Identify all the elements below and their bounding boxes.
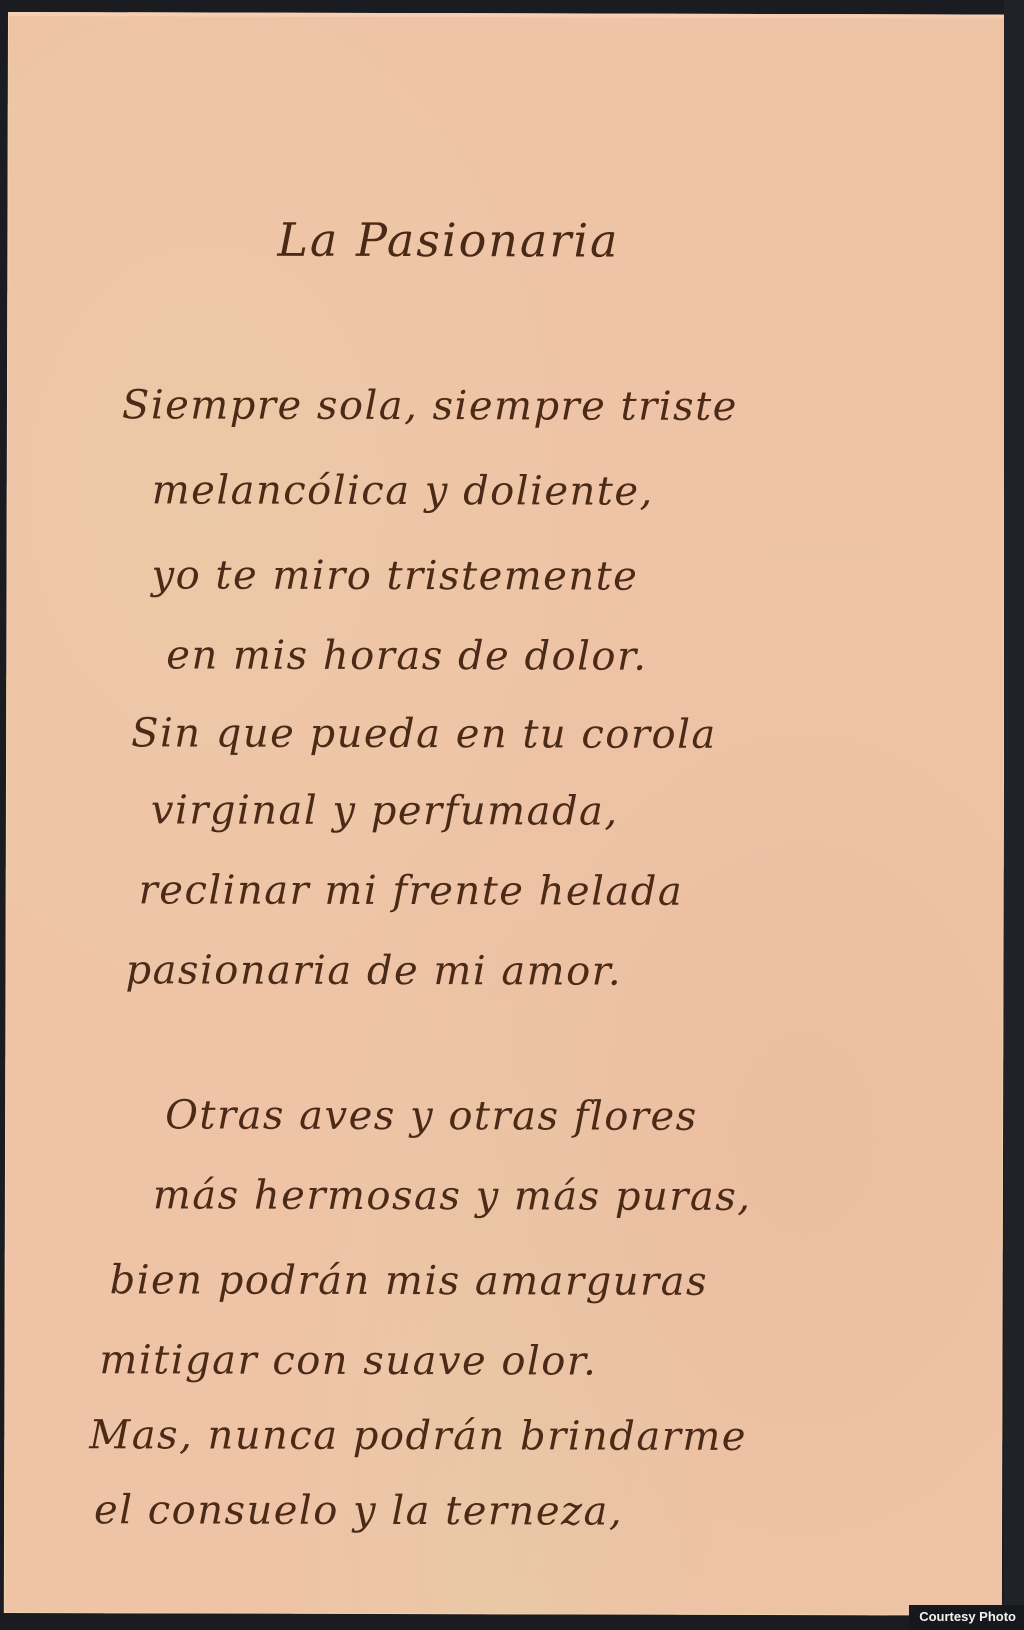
poem-line: mitigar con suave olor. bbox=[99, 1337, 597, 1384]
manuscript-page: La Pasionaria Siempre sola, siempre tris… bbox=[4, 12, 1006, 1616]
poem-line: pasionaria de mi amor. bbox=[125, 947, 622, 994]
poem-line: virginal y perfumada, bbox=[151, 787, 619, 834]
poem-line: Otras aves y otras flores bbox=[165, 1092, 698, 1139]
poem-line: Siempre sola, siempre triste bbox=[122, 382, 738, 430]
poem-line: yo te miro tristemente bbox=[151, 552, 638, 599]
poem-line: melancólica y doliente, bbox=[152, 467, 654, 514]
scan-right-border bbox=[1004, 0, 1024, 1630]
poem-line: bien podrán mis amarguras bbox=[110, 1257, 708, 1305]
poem-line: Mas, nunca podrán brindarme bbox=[89, 1412, 747, 1460]
poem: La Pasionaria Siempre sola, siempre tris… bbox=[4, 12, 1006, 1616]
poem-line: reclinar mi frente helada bbox=[139, 867, 684, 914]
poem-line: Sin que pueda en tu corola bbox=[131, 710, 717, 758]
photo-credit-caption: Courtesy Photo bbox=[909, 1605, 1024, 1630]
poem-title: La Pasionaria bbox=[277, 213, 619, 268]
poem-line: en mis horas de dolor. bbox=[166, 632, 647, 679]
poem-line: más hermosas y más puras, bbox=[153, 1172, 752, 1220]
poem-line: el consuelo y la terneza, bbox=[94, 1487, 623, 1534]
